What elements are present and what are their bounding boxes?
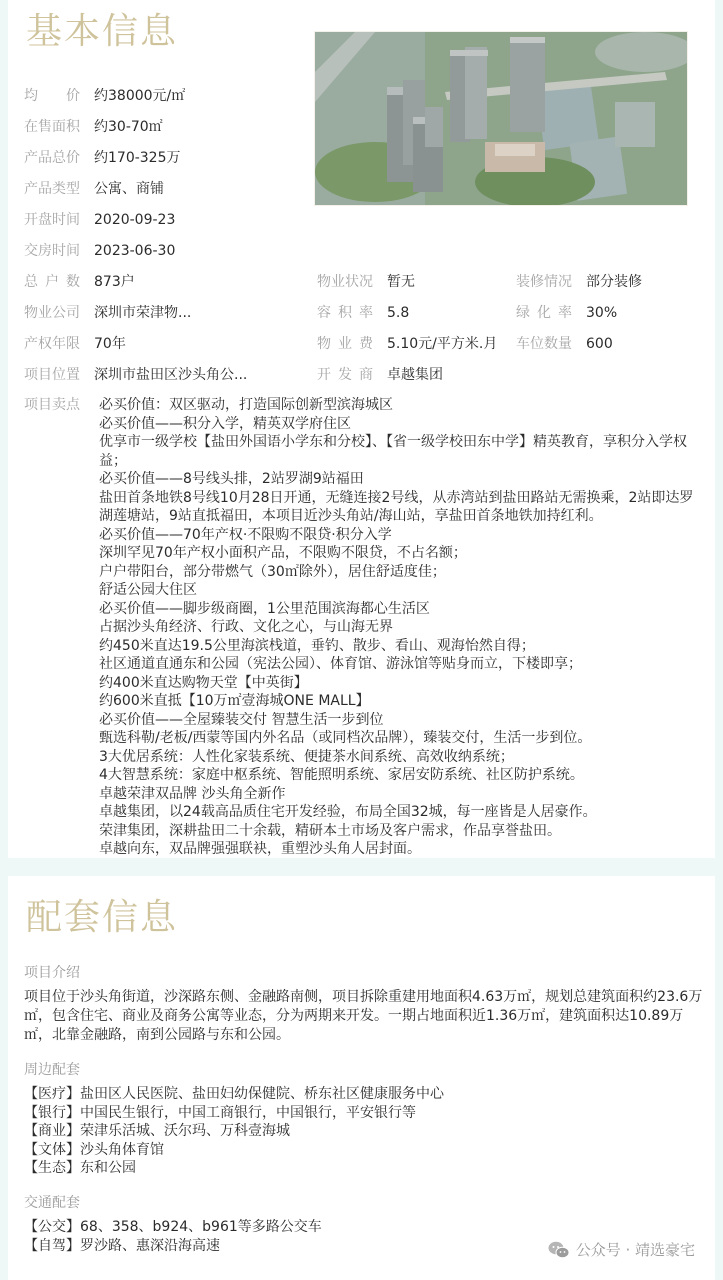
nearby-item-commerce: 【商业】荣津乐活城、沃尔玛、万科壹海城 (24, 1122, 444, 1141)
selling-points-label: 项目卖点 (24, 396, 80, 415)
field-total-price: 产品总价约170-325万 (24, 148, 181, 168)
watermark: 公众号 · 靖选豪宅 (548, 1239, 695, 1260)
selling-points-list: 必买价值：双区驱动，打造国际创新型滨海城区 必买价值——积分入学，精英双学府住区… (99, 396, 704, 859)
field-value: 暂无 (387, 272, 415, 292)
selling-point-line: 约450米直达19.5公里海滨栈道，垂钓、散步、看山、观海怡然自得； (99, 637, 704, 656)
field-label: 绿化率 (516, 303, 572, 323)
selling-point-line: 荣津集团，深耕盐田二十余载，精研本土市场及客户需求，作品享誉盐田。 (99, 822, 704, 841)
field-parking: 车位数量600 (516, 334, 613, 354)
wechat-icon (548, 1241, 570, 1259)
field-value: 卓越集团 (387, 365, 443, 385)
field-property-fee: 物业费5.10元/平方米.月 (317, 334, 497, 354)
field-households: 总户数873户 (24, 272, 135, 292)
field-label: 物业状况 (317, 272, 387, 292)
selling-point-line: 卓越集团，以24载高品质住宅开发经验，布局全国32城，每一座皆是人居豪作。 (99, 803, 704, 822)
watermark-text: 公众号 · 靖选豪宅 (576, 1239, 695, 1260)
selling-point-line: 优享市一级学校【盐田外国语小学东和分校】、【省一级学校田东中学】精英教育，享积分… (99, 433, 704, 470)
selling-point-line: 盐田首条地铁8号线10月28日开通，无缝连接2号线，从赤湾站到盐田路站无需换乘，… (99, 489, 704, 526)
field-label: 项目位置 (24, 365, 94, 385)
field-label: 产权年限 (24, 334, 94, 354)
field-tenure: 产权年限70年 (24, 334, 126, 354)
field-label: 物业公司 (24, 303, 94, 323)
selling-point-line: 户户带阳台，部分带燃气（30㎡除外），居住舒适度佳； (99, 563, 704, 582)
nearby-label: 周边配套 (24, 1059, 80, 1079)
section-title-basic: 基本信息 (26, 12, 178, 52)
field-location: 项目位置深圳市盐田区沙头角公... (24, 365, 247, 385)
transport-label: 交通配套 (24, 1192, 80, 1212)
basic-info-card: 基本信息 (8, 0, 715, 858)
selling-point-line: 约400米直达购物天堂【中英街】 (99, 674, 704, 693)
nearby-item-ecology: 【生态】东和公园 (24, 1159, 444, 1178)
field-value: 2023-06-30 (94, 241, 175, 261)
field-value: 30% (586, 303, 617, 323)
field-value: 5.8 (387, 303, 409, 323)
support-info-card: 配套信息 项目介绍 项目位于沙头角街道，沙深路东侧、金融路南侧，项目拆除重建用地… (8, 876, 715, 1280)
field-value[interactable]: 深圳市盐田区沙头角公... (94, 365, 247, 385)
intro-text: 项目位于沙头角街道，沙深路东侧、金融路南侧，项目拆除重建用地面积4.63万㎡，规… (24, 988, 704, 1045)
nearby-item-bank: 【银行】中国民生银行，中国工商银行，中国银行，平安银行等 (24, 1104, 444, 1123)
field-value: 600 (586, 334, 613, 354)
field-delivery-date: 交房时间2023-06-30 (24, 241, 175, 261)
field-label: 开盘时间 (24, 210, 94, 230)
field-label: 产品总价 (24, 148, 94, 168)
selling-point-line: 卓越荣津双品牌 沙头角全新作 (99, 785, 704, 804)
field-label: 交房时间 (24, 241, 94, 261)
field-property-company: 物业公司深圳市荣津物... (24, 303, 191, 323)
selling-point-line: 4大智慧系统：家庭中枢系统、智能照明系统、家居安防系统、社区防护系统。 (99, 766, 704, 785)
field-value[interactable]: 深圳市荣津物... (94, 303, 191, 323)
field-developer: 开发商卓越集团 (317, 365, 443, 385)
field-value: 约170-325万 (94, 148, 181, 168)
field-value: 约38000元/㎡ (94, 86, 185, 106)
field-plot-ratio: 容积率5.8 (317, 303, 409, 323)
selling-point-line: 约600米直抵【10万㎡壹海城ONE MALL】 (99, 692, 704, 711)
transport-list: 【公交】68、358、b924、b961等多路公交车 【自驾】罗沙路、惠深沿海高… (24, 1218, 322, 1255)
selling-point-line: 必买价值——70年产权·不限购不限贷·积分入学 (99, 526, 704, 545)
field-label: 均价 (24, 86, 80, 106)
field-property-status: 物业状况暂无 (317, 272, 415, 292)
field-value: 70年 (94, 334, 126, 354)
field-label: 容积率 (317, 303, 373, 323)
field-value: 部分装修 (586, 272, 642, 292)
selling-point-line: 舒适公园大住区 (99, 581, 704, 600)
field-product-type: 产品类型公寓、商铺 (24, 179, 164, 199)
field-label: 开发商 (317, 365, 373, 385)
selling-point-line: 必买价值——全屋臻装交付 智慧生活一步到位 (99, 711, 704, 730)
selling-point-line: 深圳罕见70年产权小面积产品，不限购不限贷，不占名额； (99, 544, 704, 563)
selling-points: 项目卖点 必买价值：双区驱动，打造国际创新型滨海城区 必买价值——积分入学，精英… (24, 396, 704, 859)
nearby-item-medical: 【医疗】盐田区人民医院、盐田妇幼保健院、桥东社区健康服务中心 (24, 1085, 444, 1104)
aerial-illustration (315, 32, 687, 205)
selling-point-line: 占据沙头角经济、行政、文化之心，与山海无界 (99, 618, 704, 637)
intro-label: 项目介绍 (24, 962, 80, 982)
selling-point-line: 必买价值：双区驱动，打造国际创新型滨海城区 (99, 396, 704, 415)
selling-point-line: 必买价值——脚步级商圈，1公里范围滨海都心生活区 (99, 600, 704, 619)
field-decoration: 装修情况部分装修 (516, 272, 642, 292)
field-label: 物业费 (317, 334, 373, 354)
field-avg-price: 均价约38000元/㎡ (24, 86, 185, 106)
nearby-list: 【医疗】盐田区人民医院、盐田妇幼保健院、桥东社区健康服务中心 【银行】中国民生银… (24, 1085, 444, 1178)
field-value: 约30-70㎡ (94, 117, 163, 137)
selling-point-line: 卓越向东，双品牌强强联袂，重塑沙头角人居封面。 (99, 840, 704, 859)
selling-point-line: 3大优居系统：人性化家装系统、便捷茶水间系统、高效收纳系统； (99, 748, 704, 767)
field-label: 在售面积 (24, 117, 94, 137)
field-green-ratio: 绿化率30% (516, 303, 617, 323)
field-value: 873户 (94, 272, 135, 292)
field-sale-area: 在售面积约30-70㎡ (24, 117, 163, 137)
selling-point-line: 必买价值——8号线头排，2站罗湖9站福田 (99, 470, 704, 489)
selling-point-line: 社区通道直通东和公园（宪法公园）、体育馆、游泳馆等贴身而立，下楼即享； (99, 655, 704, 674)
field-value: 5.10元/平方米.月 (387, 334, 497, 354)
field-value: 2020-09-23 (94, 210, 175, 230)
field-label: 装修情况 (516, 272, 586, 292)
field-open-date: 开盘时间2020-09-23 (24, 210, 175, 230)
transport-item-bus: 【公交】68、358、b924、b961等多路公交车 (24, 1218, 322, 1237)
selling-point-line: 甄选科勒/老板/西蒙等国内外名品（或同档次品牌），臻装交付，生活一步到位。 (99, 729, 704, 748)
field-label: 总户数 (24, 272, 80, 292)
transport-item-drive: 【自驾】罗沙路、惠深沿海高速 (24, 1237, 322, 1256)
field-label: 车位数量 (516, 334, 586, 354)
section-title-support: 配套信息 (26, 898, 178, 938)
nearby-item-sports: 【文体】沙头角体育馆 (24, 1141, 444, 1160)
field-label: 产品类型 (24, 179, 94, 199)
project-aerial-image[interactable] (314, 31, 688, 206)
selling-point-line: 必买价值——积分入学，精英双学府住区 (99, 415, 704, 434)
field-value: 公寓、商铺 (94, 179, 164, 199)
